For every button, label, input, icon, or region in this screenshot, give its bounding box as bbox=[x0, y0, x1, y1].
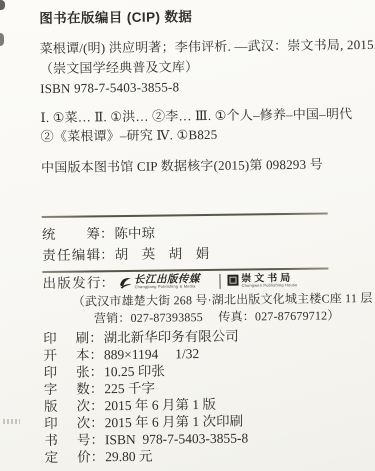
publisher-label: 出版发行 bbox=[42, 274, 100, 292]
colophon-row-format: 开本：889×1194 1/32 bbox=[43, 345, 199, 364]
label-colon: ： bbox=[90, 414, 104, 431]
coordinator-label: 统筹 bbox=[42, 225, 100, 243]
cip-series-line: （崇文国学经典普及文库） bbox=[40, 58, 199, 77]
colophon-row-sheets: 印张：10.25 印张 bbox=[44, 363, 165, 381]
staff-row-editor: 责任编辑：胡 英 胡 娟 bbox=[42, 245, 209, 264]
changjiang-wordmark: 长江出版传媒 bbox=[134, 273, 212, 285]
scan-smudge-upper bbox=[0, 33, 4, 46]
cip-isbn-line: ISBN 978-7-5403-3855-8 bbox=[40, 78, 179, 97]
colophon-row-edition: 版次：2015 年 6 月第 1 版 bbox=[44, 396, 216, 415]
label-colon: ： bbox=[90, 431, 104, 448]
colophon-row-isbn: 书号：ISBN 978-7-5403-3855-8 bbox=[44, 429, 248, 448]
cip-record-line: 菜根谭/(明) 洪应明著；李伟评析. —武汉：崇文书局, 2015.6 bbox=[40, 36, 375, 57]
label-colon: ： bbox=[91, 448, 105, 465]
cip-copyright-page: 图书在版编目 (CIP) 数据 菜根谭/(明) 洪应明著；李伟评析. —武汉：崇… bbox=[0, 0, 375, 471]
edition-label: 版次 bbox=[44, 397, 90, 415]
changjiang-logo-text: 长江出版传媒 Changjiang Publishing & Media bbox=[134, 273, 212, 290]
edition-value: 2015 年 6 月第 1 版 bbox=[104, 396, 216, 414]
label-colon: ： bbox=[89, 346, 103, 363]
colophon-row-wordcount: 字数：225 千字 bbox=[44, 380, 155, 398]
sheets-label: 印张 bbox=[44, 363, 90, 381]
label-colon: ： bbox=[90, 380, 104, 397]
changjiang-subtitle: Changjiang Publishing & Media bbox=[134, 285, 195, 290]
chongwen-logo-text: 崇文书局 Chongwen Publishing House bbox=[241, 272, 313, 289]
coordinator-value: 陈中琼 bbox=[114, 225, 155, 242]
divider-rule-top bbox=[42, 213, 328, 218]
isbn-value: ISBN 978-7-5403-3855-8 bbox=[105, 429, 248, 448]
label-colon: ： bbox=[90, 397, 104, 414]
format-label: 开本 bbox=[43, 346, 89, 364]
wave-icon bbox=[118, 275, 132, 288]
chongwen-wordmark: 崇文书局 bbox=[241, 272, 313, 284]
logo-divider bbox=[219, 274, 220, 289]
wordcount-label: 字数 bbox=[44, 380, 90, 398]
impression-label: 印次 bbox=[44, 414, 90, 432]
cip-registry-line: 中国版本图书馆 CIP 数据核字(2015)第 098293 号 bbox=[41, 156, 323, 176]
chongwen-subtitle: Chongwen Publishing House bbox=[241, 283, 297, 288]
wordcount-value: 225 千字 bbox=[104, 380, 155, 398]
label-colon: ： bbox=[100, 225, 114, 242]
label-colon: ： bbox=[100, 246, 114, 263]
printer-label: 印刷 bbox=[43, 329, 89, 347]
publisher-logos: 长江出版传媒 Changjiang Publishing & Media 崇文书… bbox=[118, 272, 313, 290]
price-value: 29.80 元 bbox=[105, 448, 152, 466]
cip-classification-line-2: ②《菜根谭》–研究 Ⅳ. ①B825 bbox=[41, 126, 218, 145]
chongwen-logo: 崇文书局 Chongwen Publishing House bbox=[227, 272, 313, 289]
printer-value: 湖北新华印务有限公司 bbox=[104, 328, 239, 347]
changjiang-logo: 长江出版传媒 Changjiang Publishing & Media bbox=[118, 273, 212, 290]
publisher-row: 出版发行： 长江出版传媒 Changjiang Publishing & Med… bbox=[42, 272, 313, 292]
label-colon: ： bbox=[90, 363, 104, 380]
cip-heading: 图书在版编目 (CIP) 数据 bbox=[39, 8, 192, 27]
publisher-contact-line: 营销：027-87393855 传真：027-87679712） bbox=[94, 307, 340, 327]
editor-value: 胡 英 胡 娟 bbox=[115, 245, 210, 263]
colophon-row-printer: 印刷：湖北新华印务有限公司 bbox=[43, 328, 239, 347]
staff-row-coordinator: 统筹：陈中琼 bbox=[42, 225, 155, 243]
scan-smudge-lower bbox=[3, 419, 20, 424]
editor-label: 责任编辑 bbox=[42, 246, 100, 264]
isbn-label: 书号 bbox=[44, 431, 90, 449]
format-value: 889×1194 1/32 bbox=[104, 345, 199, 363]
cip-classification-line-1: Ⅰ. ①菜… Ⅱ. ①洪… ②李… Ⅲ. ①个人–修养–中国–明代 bbox=[40, 105, 352, 126]
chongwen-seal-icon bbox=[227, 274, 238, 285]
label-colon: ： bbox=[89, 329, 103, 346]
impression-value: 2015 年 6 月第 1 次印刷 bbox=[105, 413, 244, 432]
label-colon: ： bbox=[100, 274, 114, 291]
price-label: 定价 bbox=[45, 448, 91, 466]
scanned-sheet: 图书在版编目 (CIP) 数据 菜根谭/(明) 洪应明著；李伟评析. —武汉：崇… bbox=[0, 0, 375, 471]
colophon-row-price: 定价：29.80 元 bbox=[45, 448, 153, 466]
sheets-value: 10.25 印张 bbox=[104, 363, 165, 381]
